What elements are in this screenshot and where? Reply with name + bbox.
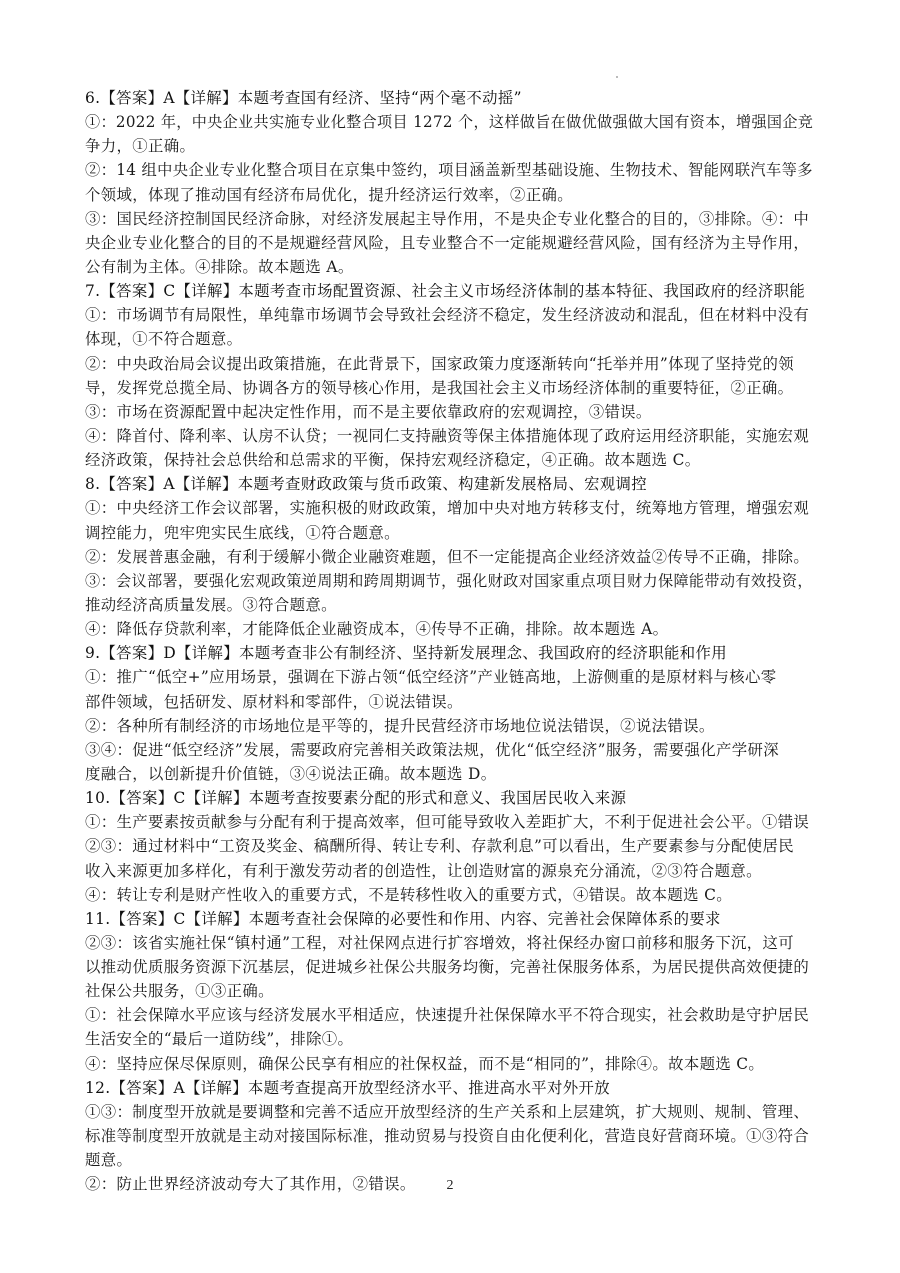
explanation-line: ②③：该省实施社保“镇村通”工程，对社保网点进行扩容增效，将社保经办窗口前移和服… <box>85 931 813 955</box>
explanation-line: 推动经济高质量发展。③符合题意。 <box>85 593 813 617</box>
explanation-line: 收入来源更加多样化，有利于激发劳动者的创造性，让创造财富的源泉充分涌流，②③符合… <box>85 859 813 883</box>
explanation-line: 体现，①不符合题意。 <box>85 327 813 351</box>
explanation-line: ①：中央经济工作会议部署，实施积极的财政政策，增加中央对地方转移支付，统筹地方管… <box>85 496 813 520</box>
explanation-line: 题意。 <box>85 1148 813 1172</box>
explanation-line: 个领域，体现了推动国有经济布局优化，提升经济运行效率，②正确。 <box>85 183 813 207</box>
page-number: 2 <box>444 1178 456 1194</box>
explanation-line: 调控能力，兜牢兜实民生底线，①符合题意。 <box>85 521 813 545</box>
explanation-line: 生活安全的“最后一道防线”，排除①。 <box>85 1027 813 1051</box>
answer-explanations: 6.【答案】A【详解】本题考查国有经济、坚持“两个毫不动摇”①：2022 年，中… <box>85 86 813 1196</box>
document-page: 6.【答案】A【详解】本题考查国有经济、坚持“两个毫不动摇”①：2022 年，中… <box>0 0 900 1273</box>
scan-speck <box>616 76 618 78</box>
explanation-line: 度融合，以创新提升价值链，③④说法正确。故本题选 D。 <box>85 762 813 786</box>
explanation-line: ②：中央政治局会议提出政策措施，在此背景下，国家政策力度逐渐转向“托举并用”体现… <box>85 352 813 376</box>
explanation-line: ①：社会保障水平应该与经济发展水平相适应，快速提升社保保障水平不符合现实，社会救… <box>85 1003 813 1027</box>
explanation-line: ④：降首付、降利率、认房不认贷；一视同仁支持融资等保主体措施体现了政府运用经济职… <box>85 424 813 448</box>
explanation-line: ②：发展普惠金融，有利于缓解小微企业融资难题，但不一定能提高企业经济效益②传导不… <box>85 545 813 569</box>
explanation-line: ①③：制度型开放就是要调整和完善不适应开放型经济的生产关系和上层建筑，扩大规则、… <box>85 1100 813 1124</box>
explanation-line: ③：市场在资源配置中起决定性作用，而不是主要依靠政府的宏观调控，③错误。 <box>85 400 813 424</box>
question-heading: 10.【答案】C【详解】本题考查按要素分配的形式和意义、我国居民收入来源 <box>85 786 813 810</box>
question-heading: 9.【答案】D【详解】本题考查非公有制经济、坚持新发展理念、我国政府的经济职能和… <box>85 641 813 665</box>
explanation-line: ②：各种所有制经济的市场地位是平等的，提升民营经济市场地位说法错误，②说法错误。 <box>85 714 813 738</box>
explanation-line: 导，发挥党总揽全局、协调各方的领导核心作用，是我国社会主义市场经济体制的重要特征… <box>85 376 813 400</box>
explanation-line: ③：会议部署，要强化宏观政策逆周期和跨周期调节，强化财政对国家重点项目财力保障能… <box>85 569 801 593</box>
explanation-line: ①：市场调节有局限性，单纯靠市场调节会导致社会经济不稳定，发生经济波动和混乱，但… <box>85 303 813 327</box>
explanation-line: 公有制为主体。④排除。故本题选 A。 <box>85 255 813 279</box>
explanation-line: 标准等制度型开放就是主动对接国际标准，推动贸易与投资自由化便利化，营造良好营商环… <box>85 1124 813 1148</box>
explanation-line: ③：国民经济控制国民经济命脉，对经济发展起主导作用，不是央企专业化整合的目的，③… <box>85 207 813 231</box>
question-heading: 8.【答案】A【详解】本题考查财政政策与货币政策、构建新发展格局、宏观调控 <box>85 472 813 496</box>
explanation-line: 以推动优质服务资源下沉基层，促进城乡社保公共服务均衡，完善社保服务体系，为居民提… <box>85 955 813 979</box>
explanation-line: 央企业专业化整合的目的不是规避经营风险，且专业整合不一定能规避经营风险，国有经济… <box>85 231 813 255</box>
question-heading: 6.【答案】A【详解】本题考查国有经济、坚持“两个毫不动摇” <box>85 86 813 110</box>
explanation-line: ③④：促进“低空经济”发展，需要政府完善相关政策法规，优化“低空经济”服务，需要… <box>85 738 813 762</box>
explanation-line: ②③：通过材料中“工资及奖金、稿酬所得、转让专利、存款利息”可以看出，生产要素参… <box>85 834 813 858</box>
explanation-line: ④：转让专利是财产性收入的重要方式，不是转移性收入的重要方式，④错误。故本题选 … <box>85 883 813 907</box>
explanation-line: 社保公共服务，①③正确。 <box>85 979 813 1003</box>
explanation-line: ①：推广“低空+”应用场景，强调在下游占领“低空经济”产业链高地，上游侧重的是原… <box>85 665 813 689</box>
explanation-line: ②：14 组中央企业专业化整合项目在京集中签约，项目涵盖新型基础设施、生物技术、… <box>85 158 807 182</box>
explanation-line: ①：2022 年，中央企业共实施专业化整合项目 1272 个，这样做旨在做优做强… <box>85 110 799 134</box>
explanation-line: ④：坚持应保尽保原则，确保公民享有相应的社保权益，而不是“相同的”，排除④。故本… <box>85 1052 813 1076</box>
explanation-line: ④：降低存贷款利率，才能降低企业融资成本，④传导不正确，排除。故本题选 A。 <box>85 617 813 641</box>
explanation-line: 争力，①正确。 <box>85 134 813 158</box>
explanation-line: 部件领域，包括研发、原材料和零部件，①说法错误。 <box>85 690 813 714</box>
question-heading: 12.【答案】A【详解】本题考查提高开放型经济水平、推进高水平对外开放 <box>85 1076 813 1100</box>
question-heading: 7.【答案】C【详解】本题考查市场配置资源、社会主义市场经济体制的基本特征、我国… <box>85 279 813 303</box>
explanation-line: 经济政策，保持社会总供给和总需求的平衡，保持宏观经济稳定，④正确。故本题选 C。 <box>85 448 813 472</box>
question-heading: 11.【答案】C【详解】本题考查社会保障的必要性和作用、内容、完善社会保障体系的… <box>85 907 813 931</box>
explanation-line: ①：生产要素按贡献参与分配有利于提高效率，但可能导致收入差距扩大，不利于促进社会… <box>85 810 813 834</box>
